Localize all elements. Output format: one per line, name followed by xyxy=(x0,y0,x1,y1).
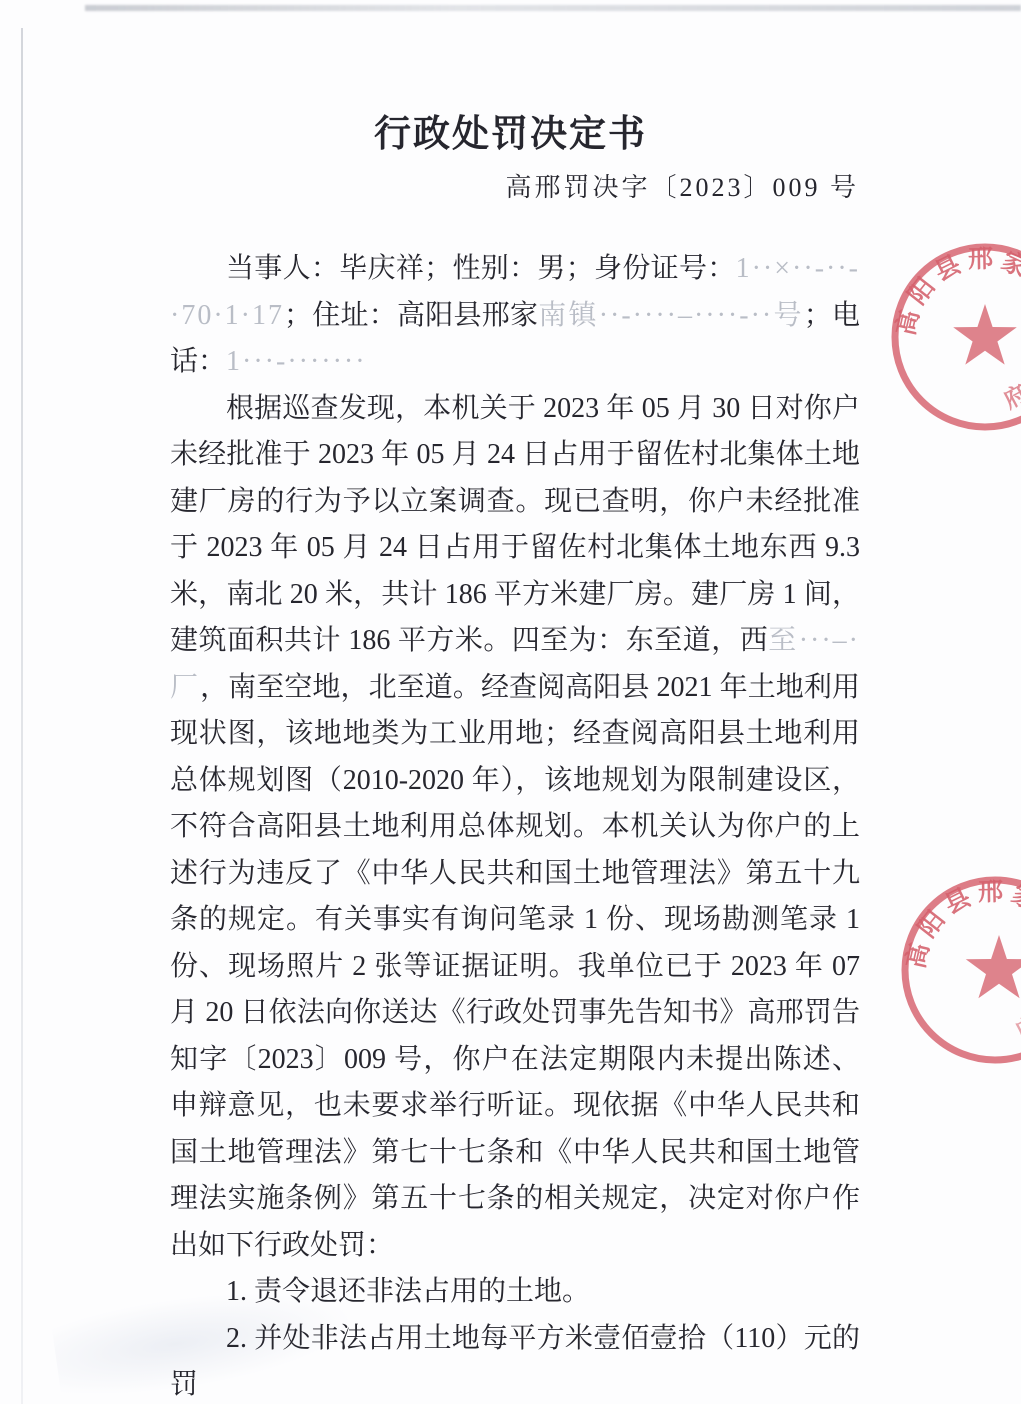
text-run: 2. 并处非法占用土地每平方米壹佰壹拾（110）元的罚 xyxy=(170,1323,860,1401)
seal-arc-text: 高阳县邢家南 xyxy=(901,878,1021,971)
faded-text-run: 南镇··-····–····-··号 xyxy=(538,300,804,331)
faded-text-run: 1···-······· xyxy=(226,346,367,377)
document-number: 高邢罚决字〔2023〕009 号 xyxy=(505,167,859,204)
paragraph: 当事人：毕庆祥；性别：男；身份证号：1··×··-··-·70·1·17；住址：… xyxy=(170,246,860,386)
seal-circle xyxy=(895,247,1021,427)
seal-arc-text: 高阳县邢家南 xyxy=(891,245,1021,338)
document-page: 行政处罚决定书 高邢罚决字〔2023〕009 号 当事人：毕庆祥；性别：男；身份… xyxy=(0,0,1021,1404)
text-run: 当事人：毕庆祥；性别：男；身份证号： xyxy=(226,253,736,284)
text-run: 1. 责令退还非法占用的土地。 xyxy=(226,1276,590,1307)
svg-text:高阳县邢家南: 高阳县邢家南 xyxy=(891,245,1021,338)
seal-circle xyxy=(905,880,1021,1060)
star-icon xyxy=(966,935,1021,998)
official-seal-top: 高阳县邢家南 府 xyxy=(885,237,1021,437)
official-seal-bottom: 高阳县邢家南 府 xyxy=(895,870,1021,1070)
paragraph: 2. 并处非法占用土地每平方米壹佰壹拾（110）元的罚 xyxy=(170,1316,860,1404)
svg-text:高阳县邢家南: 高阳县邢家南 xyxy=(901,878,1021,971)
paragraph: 1. 责令退还非法占用的土地。 xyxy=(170,1269,860,1316)
body-paragraphs: 当事人：毕庆祥；性别：男；身份证号：1··×··-··-·70·1·17；住址：… xyxy=(170,246,860,1404)
text-run: ；住址：高阳县邢家 xyxy=(284,300,538,331)
seal-bottom-text: 府 xyxy=(999,380,1021,414)
faded-text-run: 0·1·17 xyxy=(197,300,284,331)
document-title: 行政处罚决定书 xyxy=(0,103,1021,157)
text-run: ，南至空地，北至道。经查阅高阳县 2021 年土地利用现状图，该地地类为工业用地… xyxy=(170,672,860,1261)
text-run: 根据巡查发现，本机关于 2023 年 05 月 30 日对你户未经批准于 202… xyxy=(170,393,860,657)
star-icon xyxy=(953,304,1017,365)
scan-artifact-top-edge xyxy=(85,5,1021,11)
paragraph: 根据巡查发现，本机关于 2023 年 05 月 30 日对你户未经批准于 202… xyxy=(170,386,860,1270)
scan-artifact-left-edge xyxy=(21,28,23,1404)
seal-bottom-text: 府 xyxy=(1011,1011,1021,1045)
